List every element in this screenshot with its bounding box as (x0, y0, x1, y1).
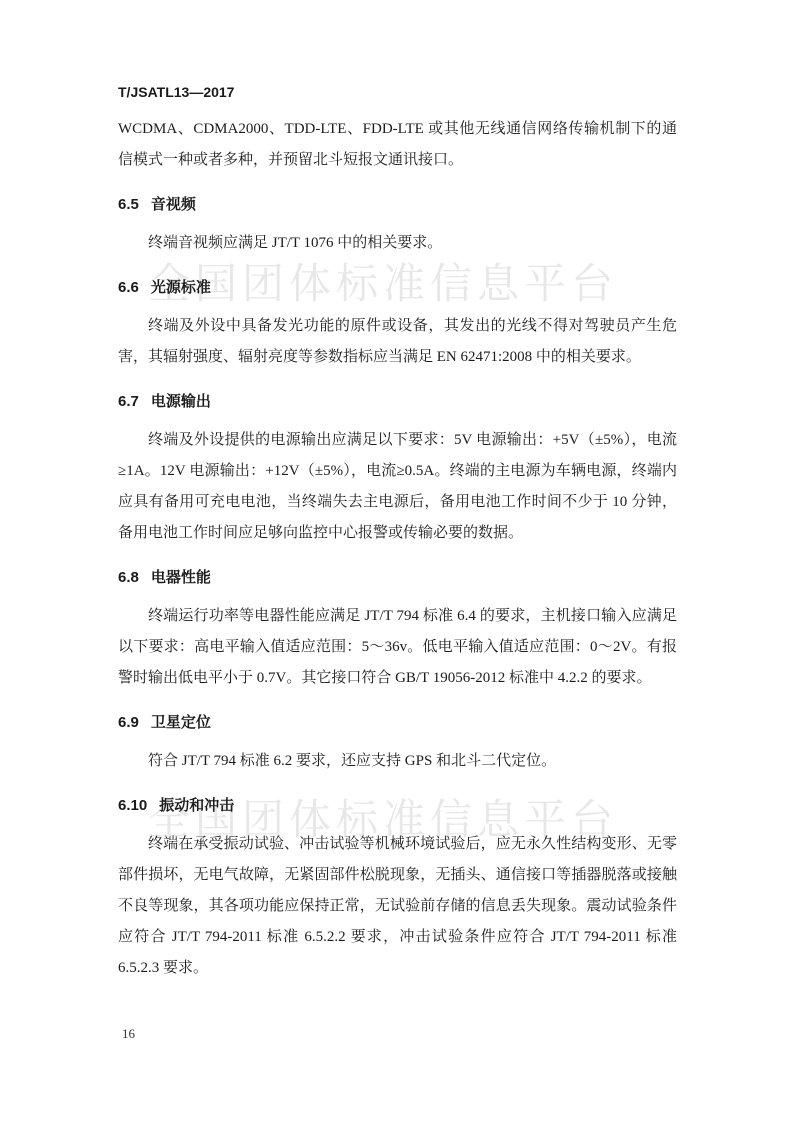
page-number: 16 (122, 1026, 135, 1042)
section-body-6-10: 终端在承受振动试验、冲击试验等机械环境试验后，应无永久性结构变形、无零部件损坏，… (118, 829, 677, 984)
section-body-6-9: 符合 JT/T 794 标准 6.2 要求，还应支持 GPS 和北斗二代定位。 (118, 746, 677, 777)
section-number: 6.8 (118, 568, 139, 588)
document-page: 全国团体标准信息平台 全国团体标准信息平台 T/JSATL13—2017 WCD… (0, 0, 794, 1123)
section-title: 振动和冲击 (159, 796, 234, 816)
section-heading-6-7: 6.7电源输出 (118, 392, 677, 412)
section-heading-6-9: 6.9卫星定位 (118, 713, 677, 733)
section-body-6-7: 终端及外设提供的电源输出应满足以下要求：5V 电源输出：+5V（±5%），电流≥… (118, 425, 677, 549)
document-number-header: T/JSATL13—2017 (118, 83, 677, 101)
section-number: 6.9 (118, 713, 139, 733)
section-title: 光源标准 (151, 278, 211, 298)
section-title: 电源输出 (151, 392, 211, 412)
section-body-6-5: 终端音视频应满足 JT/T 1076 中的相关要求。 (118, 228, 677, 259)
section-title: 音视频 (151, 195, 196, 215)
section-body-6-6: 终端及外设中具备发光功能的原件或设备，其发出的光线不得对驾驶员产生危害，其辐射强… (118, 311, 677, 373)
section-heading-6-6: 6.6光源标准 (118, 278, 677, 298)
section-number: 6.5 (118, 195, 139, 215)
section-number: 6.7 (118, 392, 139, 412)
page-content: T/JSATL13—2017 WCDMA、CDMA2000、TDD-LTE、FD… (0, 0, 794, 984)
section-title: 电器性能 (151, 568, 211, 588)
section-number: 6.6 (118, 278, 139, 298)
intro-paragraph: WCDMA、CDMA2000、TDD-LTE、FDD-LTE 或其他无线通信网络… (118, 114, 677, 176)
section-heading-6-8: 6.8电器性能 (118, 568, 677, 588)
section-body-6-8: 终端运行功率等电器性能应满足 JT/T 794 标准 6.4 的要求，主机接口输… (118, 601, 677, 694)
section-heading-6-10: 6.10振动和冲击 (118, 796, 677, 816)
section-heading-6-5: 6.5音视频 (118, 195, 677, 215)
section-title: 卫星定位 (151, 713, 211, 733)
section-number: 6.10 (118, 796, 147, 816)
